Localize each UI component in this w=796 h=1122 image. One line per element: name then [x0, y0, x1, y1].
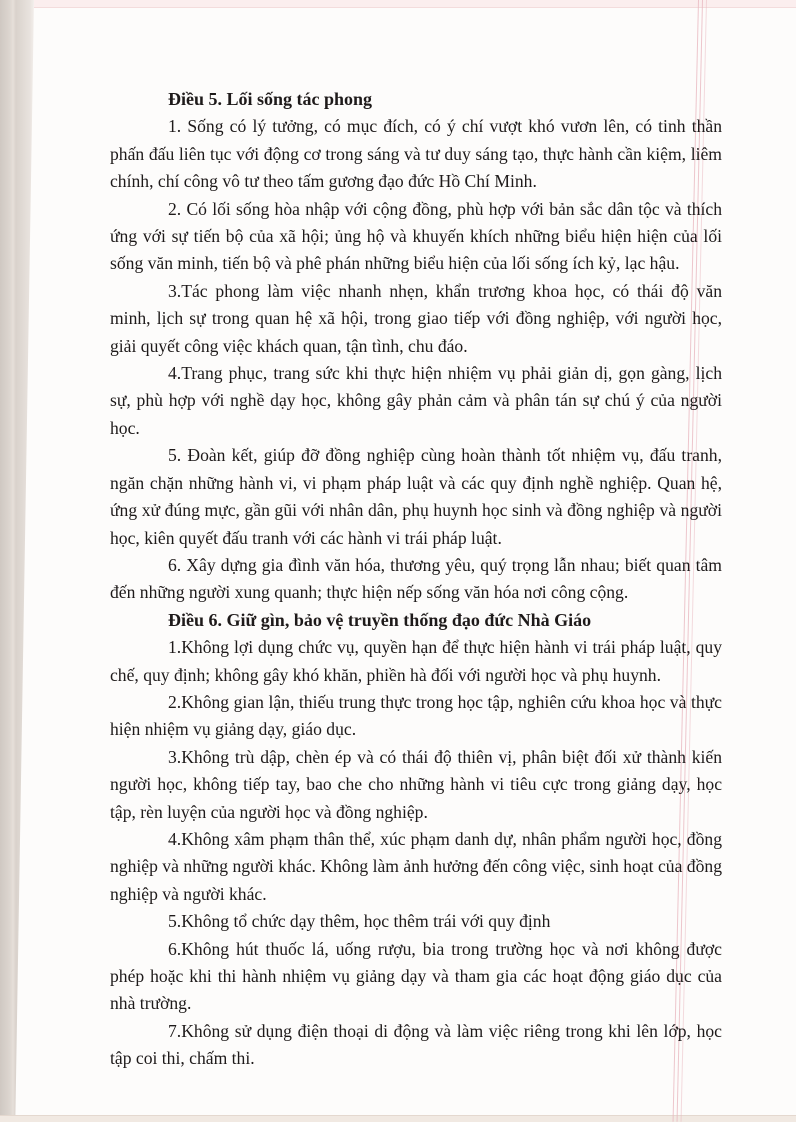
- paragraph: 4.Không xâm phạm thân thể, xúc phạm danh…: [110, 826, 722, 908]
- paragraph: 5. Đoàn kết, giúp đỡ đồng nghiệp cùng ho…: [110, 442, 722, 552]
- section-heading: Điều 5. Lối sống tác phong: [110, 86, 722, 113]
- section-dieu-5: Điều 5. Lối sống tác phong 1. Sống có lý…: [110, 86, 722, 607]
- paragraph: 1. Sống có lý tưởng, có mục đích, có ý c…: [110, 113, 722, 195]
- paragraph: 6. Xây dựng gia đình văn hóa, thương yêu…: [110, 552, 722, 607]
- paragraph: 7.Không sử dụng điện thoại di động và là…: [110, 1018, 722, 1073]
- section-heading: Điều 6. Giữ gìn, bảo vệ truyền thống đạo…: [110, 607, 722, 634]
- scan-edge-left: [0, 0, 34, 1122]
- section-dieu-6: Điều 6. Giữ gìn, bảo vệ truyền thống đạo…: [110, 607, 722, 1073]
- paragraph: 3.Tác phong làm việc nhanh nhẹn, khẩn tr…: [110, 278, 722, 360]
- scan-edge-top: [34, 0, 796, 8]
- paragraph: 2.Không gian lận, thiếu trung thực trong…: [110, 689, 722, 744]
- paragraph: 3.Không trù dập, chèn ép và có thái độ t…: [110, 744, 722, 826]
- paragraph: 2. Có lối sống hòa nhập với cộng đồng, p…: [110, 196, 722, 278]
- paragraph: 5.Không tổ chức dạy thêm, học thêm trái …: [110, 908, 722, 935]
- paragraph: 6.Không hút thuốc lá, uống rượu, bia tro…: [110, 936, 722, 1018]
- paragraph: 4.Trang phục, trang sức khi thực hiện nh…: [110, 360, 722, 442]
- paragraph: 1.Không lợi dụng chức vụ, quyền hạn để t…: [110, 634, 722, 689]
- document-page: Điều 5. Lối sống tác phong 1. Sống có lý…: [110, 86, 722, 1073]
